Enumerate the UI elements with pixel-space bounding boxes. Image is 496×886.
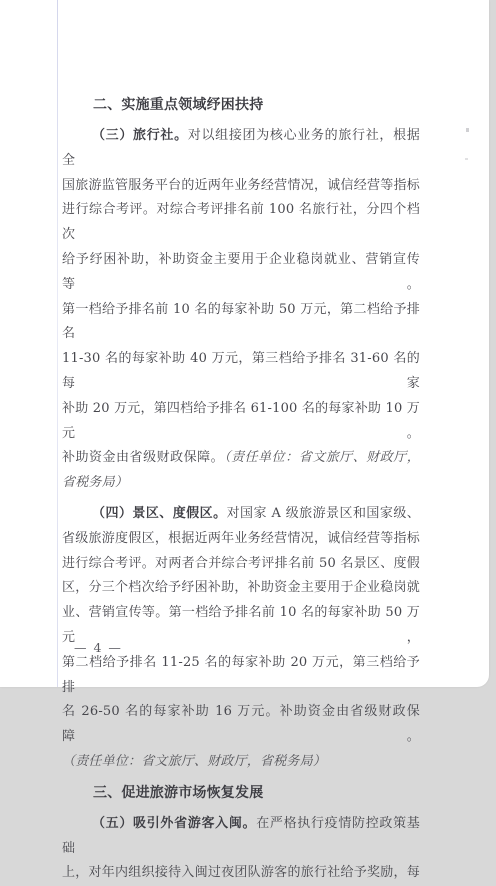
text-line: 省级旅游度假区，根据近两年业务经营情况，诚信经营等指标 — [62, 527, 420, 552]
body-text: 国旅游监管服务平台的近两年业务经营情况，诚信经营等指标 — [62, 178, 420, 193]
scanned-page: 二、实施重点领域纾困扶持（三）旅行社。对以组接团为核心业务的旅行社，根据全国旅游… — [0, 0, 489, 687]
document-body: 二、实施重点领域纾困扶持（三）旅行社。对以组接团为核心业务的旅行社，根据全国旅游… — [62, 93, 420, 696]
section-heading: 二、实施重点领域纾困扶持 — [62, 93, 420, 118]
text-line: 给予纾困补助，补助资金主要用于企业稳岗就业、营销宣传等。 — [62, 248, 420, 298]
body-text: 省级旅游度假区，根据近两年业务经营情况，诚信经营等指标 — [62, 531, 420, 546]
body-text: 业、营销宣传等。第一档给予排名前 10 名的每家补助 50 万元， — [62, 605, 420, 645]
text-line: 11-30 名的每家补助 40 万元，第三档给予排名 31-60 名的每家 — [62, 347, 420, 397]
paragraph: （四）景区、度假区。对国家 A 级旅游景区和国家级、省级旅游度假区，根据近两年业… — [62, 502, 420, 696]
text-line: 补助 20 万元，第四档给予排名 61-100 名的每家补助 10 万元。 — [62, 397, 420, 447]
paragraph-lead: （三）旅行社。 — [92, 128, 188, 143]
scan-speck — [465, 158, 468, 160]
paragraph-lead: （四）景区、度假区。 — [92, 506, 227, 521]
body-text: 对国家 A 级旅游景区和国家级、 — [227, 506, 420, 521]
responsibility-note: 省税务局） — [62, 475, 128, 490]
text-line: 省税务局） — [62, 471, 420, 496]
body-text: 补助资金由省级财政保障。 — [62, 450, 224, 465]
body-text: 第一档给予排名前 10 名的每家补助 50 万元，第二档给予排名 — [62, 302, 420, 342]
text-line: （四）景区、度假区。对国家 A 级旅游景区和国家级、 — [62, 502, 420, 527]
page-crease-line — [57, 0, 58, 687]
body-text: 补助 20 万元，第四档给予排名 61-100 名的每家补助 10 万元。 — [62, 401, 420, 441]
paragraph: （三）旅行社。对以组接团为核心业务的旅行社，根据全国旅游监管服务平台的近两年业务… — [62, 124, 420, 496]
body-text: 进行综合考评。对综合考评排名前 100 名旅行社，分四个档次 — [62, 202, 420, 242]
body-text: 第二档给予排名 11-25 名的每家补助 20 万元，第三档给予排 — [62, 655, 420, 695]
text-line: 补助资金由省级财政保障。（责任单位：省文旅厅、财政厅， — [62, 446, 420, 471]
text-line: 第二档给予排名 11-25 名的每家补助 20 万元，第三档给予排 — [62, 651, 420, 696]
responsibility-note: （责任单位：省文旅厅、财政厅， — [224, 450, 420, 465]
body-text: 进行综合考评。对两者合并综合考评排名前 50 名景区、度假 — [62, 556, 420, 571]
text-line: 进行综合考评。对两者合并综合考评排名前 50 名景区、度假 — [62, 552, 420, 577]
body-text: 区，分三个档次给予纾困补助，补助资金主要用于企业稳岗就 — [62, 580, 420, 595]
text-line: （三）旅行社。对以组接团为核心业务的旅行社，根据全 — [62, 124, 420, 174]
text-line: 区，分三个档次给予纾困补助，补助资金主要用于企业稳岗就 — [62, 576, 420, 601]
scan-speck — [466, 128, 469, 132]
body-text: 给予纾困补助，补助资金主要用于企业稳岗就业、营销宣传等。 — [62, 252, 420, 292]
page-number: — 4 — — [74, 640, 122, 655]
body-text: 11-30 名的每家补助 40 万元，第三档给予排名 31-60 名的每家 — [62, 351, 420, 391]
text-line: 进行综合考评。对综合考评排名前 100 名旅行社，分四个档次 — [62, 198, 420, 248]
text-line: 第一档给予排名前 10 名的每家补助 50 万元，第二档给予排名 — [62, 298, 420, 348]
text-line: 国旅游监管服务平台的近两年业务经营情况，诚信经营等指标 — [62, 174, 420, 199]
